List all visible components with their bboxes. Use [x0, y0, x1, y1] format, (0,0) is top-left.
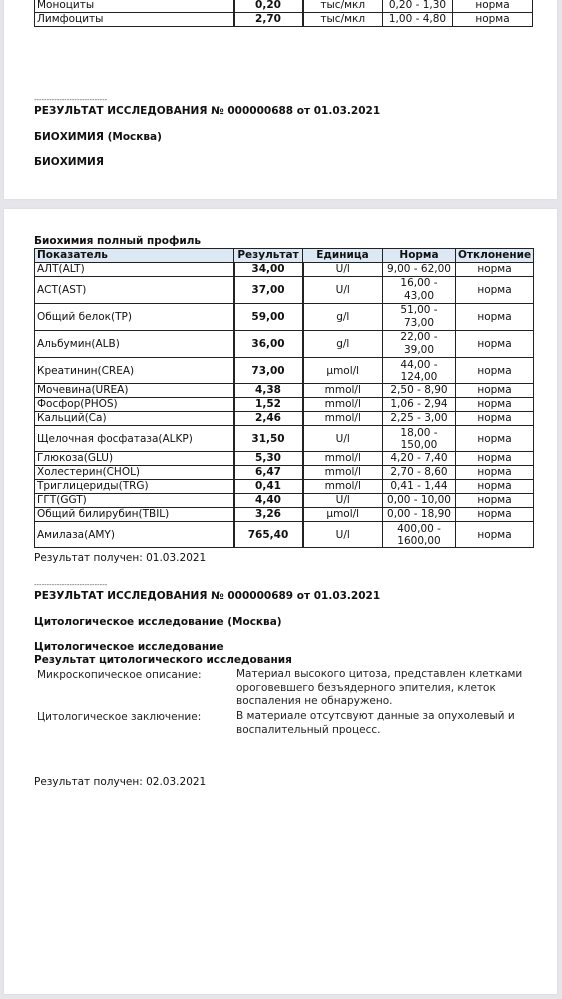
biochemistry-table: Показатель Результат Единица Норма Откло…	[34, 248, 534, 548]
table-row: Общий белок(TP)59,00g/l51,00 - 73,00норм…	[35, 304, 534, 331]
cell-norm: 18,00 - 150,00	[383, 426, 456, 452]
cell-deviation: норма	[456, 426, 534, 452]
result-received-date: Результат получен: 01.03.2021	[34, 552, 206, 564]
cell-unit: тыс/мкл	[303, 0, 383, 13]
cell-result: 0,20	[234, 0, 303, 13]
report-title: РЕЗУЛЬТАТ ИССЛЕДОВАНИЯ № 000000688 от 01…	[34, 105, 380, 117]
cell-parameter: АЛТ(ALT)	[35, 263, 234, 277]
field-label-microscopy: Микроскопическое описание:	[37, 669, 202, 681]
cell-parameter: Альбумин(ALB)	[35, 331, 234, 358]
section-title: БИОХИМИЯ	[34, 156, 104, 168]
cell-result: 31,50	[234, 426, 303, 452]
report-title: РЕЗУЛЬТАТ ИССЛЕДОВАНИЯ № 000000689 от 01…	[34, 590, 380, 602]
cell-deviation: норма	[453, 13, 533, 27]
cell-norm: 22,00 - 39,00	[383, 331, 456, 358]
table-row: Амилаза(AMY)765,40U/l400,00 - 1600,00нор…	[35, 522, 534, 548]
cell-deviation: норма	[456, 508, 534, 522]
cell-result: 5,30	[234, 452, 303, 466]
cell-deviation: норма	[456, 331, 534, 358]
field-value-conclusion: В материале отсутсвуют данные за опухоле…	[236, 710, 536, 737]
cell-norm: 0,20 - 1,30	[383, 0, 453, 13]
cell-unit: mmol/l	[303, 480, 383, 494]
cell-deviation: норма	[456, 358, 534, 384]
cell-parameter: Моноциты	[35, 0, 234, 13]
cell-norm: 0,41 - 1,44	[383, 480, 456, 494]
cell-parameter: Холестерин(CHOL)	[35, 466, 234, 480]
cell-norm: 0,00 - 10,00	[383, 494, 456, 508]
table-row: ГГТ(GGT)4,40U/l0,00 - 10,00норма	[35, 494, 534, 508]
cell-norm: 2,50 - 8,90	[383, 384, 456, 398]
table-row: Фосфор(PHOS)1,52mmol/l1,06 - 2,94норма	[35, 398, 534, 412]
result-received-date: Результат получен: 02.03.2021	[34, 776, 206, 788]
table-row: Щелочная фосфатаза(ALKP)31,50U/l18,00 - …	[35, 426, 534, 452]
cell-result: 59,00	[234, 304, 303, 331]
cell-unit: mmol/l	[303, 452, 383, 466]
separator-line: -----------------------------	[34, 96, 107, 104]
cell-norm: 0,00 - 18,90	[383, 508, 456, 522]
section-title: Цитологическое исследование	[34, 641, 224, 653]
cell-deviation: норма	[456, 304, 534, 331]
lab-name: БИОХИМИЯ (Москва)	[34, 131, 162, 143]
cell-result: 2,46	[234, 412, 303, 426]
cell-unit: тыс/мкл	[303, 13, 383, 27]
cell-norm: 9,00 - 62,00	[383, 263, 456, 277]
cell-deviation: норма	[456, 494, 534, 508]
column-header-norm: Норма	[383, 249, 456, 263]
separator-line: -----------------------------	[34, 581, 107, 589]
cell-deviation: норма	[456, 480, 534, 494]
table-row: Кальций(Ca)2,46mmol/l2,25 - 3,00норма	[35, 412, 534, 426]
cell-unit: mmol/l	[303, 384, 383, 398]
cell-parameter: Креатинин(CREA)	[35, 358, 234, 384]
table-row: Мочевина(UREA)4,38mmol/l2,50 - 8,90норма	[35, 384, 534, 398]
subsection-title: Результат цитологического исследования	[34, 654, 292, 666]
cell-norm: 1,00 - 4,80	[383, 13, 453, 27]
table-row: АЛТ(ALT)34,00U/l9,00 - 62,00норма	[35, 263, 534, 277]
cell-norm: 51,00 - 73,00	[383, 304, 456, 331]
cell-unit: U/l	[303, 263, 383, 277]
table-row: АСТ(AST)37,00U/l16,00 - 43,00норма	[35, 277, 534, 304]
blood-results-table-tail: Моноциты0,20тыс/мкл0,20 - 1,30нормаЛимфо…	[34, 0, 533, 27]
cell-result: 3,26	[234, 508, 303, 522]
cell-norm: 4,20 - 7,40	[383, 452, 456, 466]
cell-deviation: норма	[456, 466, 534, 480]
document-page-2: Биохимия полный профиль Показатель Резул…	[4, 209, 557, 994]
cell-norm: 2,70 - 8,60	[383, 466, 456, 480]
field-label-conclusion: Цитологическое заключение:	[37, 711, 201, 723]
cell-norm: 16,00 - 43,00	[383, 277, 456, 304]
cell-parameter: ГГТ(GGT)	[35, 494, 234, 508]
table-row: Глюкоза(GLU)5,30mmol/l4,20 - 7,40норма	[35, 452, 534, 466]
cell-parameter: Щелочная фосфатаза(ALKP)	[35, 426, 234, 452]
cell-result: 0,41	[234, 480, 303, 494]
cell-parameter: Глюкоза(GLU)	[35, 452, 234, 466]
table-header-row: Показатель Результат Единица Норма Откло…	[35, 249, 534, 263]
cell-unit: mmol/l	[303, 412, 383, 426]
cell-result: 2,70	[234, 13, 303, 27]
cell-parameter: Амилаза(AMY)	[35, 522, 234, 548]
lab-name: Цитологическое исследование (Москва)	[34, 616, 282, 628]
cell-parameter: Фосфор(PHOS)	[35, 398, 234, 412]
cell-norm: 400,00 - 1600,00	[383, 522, 456, 548]
cell-unit: mmol/l	[303, 466, 383, 480]
cell-unit: µmol/l	[303, 358, 383, 384]
field-value-microscopy: Материал высокого цитоза, представлен кл…	[236, 668, 536, 709]
table-row: Триглицериды(TRG)0,41mmol/l0,41 - 1,44но…	[35, 480, 534, 494]
cell-unit: g/l	[303, 331, 383, 358]
cell-result: 4,40	[234, 494, 303, 508]
cell-parameter: Мочевина(UREA)	[35, 384, 234, 398]
table-title: Биохимия полный профиль	[34, 235, 201, 247]
column-header-deviation: Отклонение	[456, 249, 534, 263]
column-header-result: Результат	[234, 249, 303, 263]
cell-parameter: Триглицериды(TRG)	[35, 480, 234, 494]
cell-unit: U/l	[303, 494, 383, 508]
cell-result: 36,00	[234, 331, 303, 358]
cell-parameter: Лимфоциты	[35, 13, 234, 27]
cell-parameter: Кальций(Ca)	[35, 412, 234, 426]
cell-unit: mmol/l	[303, 398, 383, 412]
cell-result: 765,40	[234, 522, 303, 548]
table-row: Альбумин(ALB)36,00g/l22,00 - 39,00норма	[35, 331, 534, 358]
column-header-parameter: Показатель	[35, 249, 234, 263]
table-row: Лимфоциты2,70тыс/мкл1,00 - 4,80норма	[35, 13, 533, 27]
cell-deviation: норма	[456, 412, 534, 426]
cell-unit: µmol/l	[303, 508, 383, 522]
table-row: Общий билирубин(TBIL)3,26µmol/l0,00 - 18…	[35, 508, 534, 522]
cell-norm: 2,25 - 3,00	[383, 412, 456, 426]
cell-result: 73,00	[234, 358, 303, 384]
cell-result: 4,38	[234, 384, 303, 398]
cell-deviation: норма	[456, 277, 534, 304]
cell-result: 34,00	[234, 263, 303, 277]
cell-deviation: норма	[456, 263, 534, 277]
document-page-1: Моноциты0,20тыс/мкл0,20 - 1,30нормаЛимфо…	[4, 0, 557, 199]
cell-result: 37,00	[234, 277, 303, 304]
table-row: Холестерин(CHOL)6,47mmol/l2,70 - 8,60нор…	[35, 466, 534, 480]
cell-deviation: норма	[456, 398, 534, 412]
cell-result: 6,47	[234, 466, 303, 480]
cell-parameter: АСТ(AST)	[35, 277, 234, 304]
cell-norm: 1,06 - 2,94	[383, 398, 456, 412]
cell-parameter: Общий белок(TP)	[35, 304, 234, 331]
cell-deviation: норма	[453, 0, 533, 13]
table-row: Моноциты0,20тыс/мкл0,20 - 1,30норма	[35, 0, 533, 13]
cell-unit: U/l	[303, 426, 383, 452]
cell-unit: g/l	[303, 304, 383, 331]
column-header-unit: Единица	[303, 249, 383, 263]
cell-deviation: норма	[456, 384, 534, 398]
cell-unit: U/l	[303, 522, 383, 548]
cell-deviation: норма	[456, 452, 534, 466]
cell-unit: U/l	[303, 277, 383, 304]
cell-parameter: Общий билирубин(TBIL)	[35, 508, 234, 522]
cell-result: 1,52	[234, 398, 303, 412]
cell-norm: 44,00 - 124,00	[383, 358, 456, 384]
cell-deviation: норма	[456, 522, 534, 548]
table-row: Креатинин(CREA)73,00µmol/l44,00 - 124,00…	[35, 358, 534, 384]
